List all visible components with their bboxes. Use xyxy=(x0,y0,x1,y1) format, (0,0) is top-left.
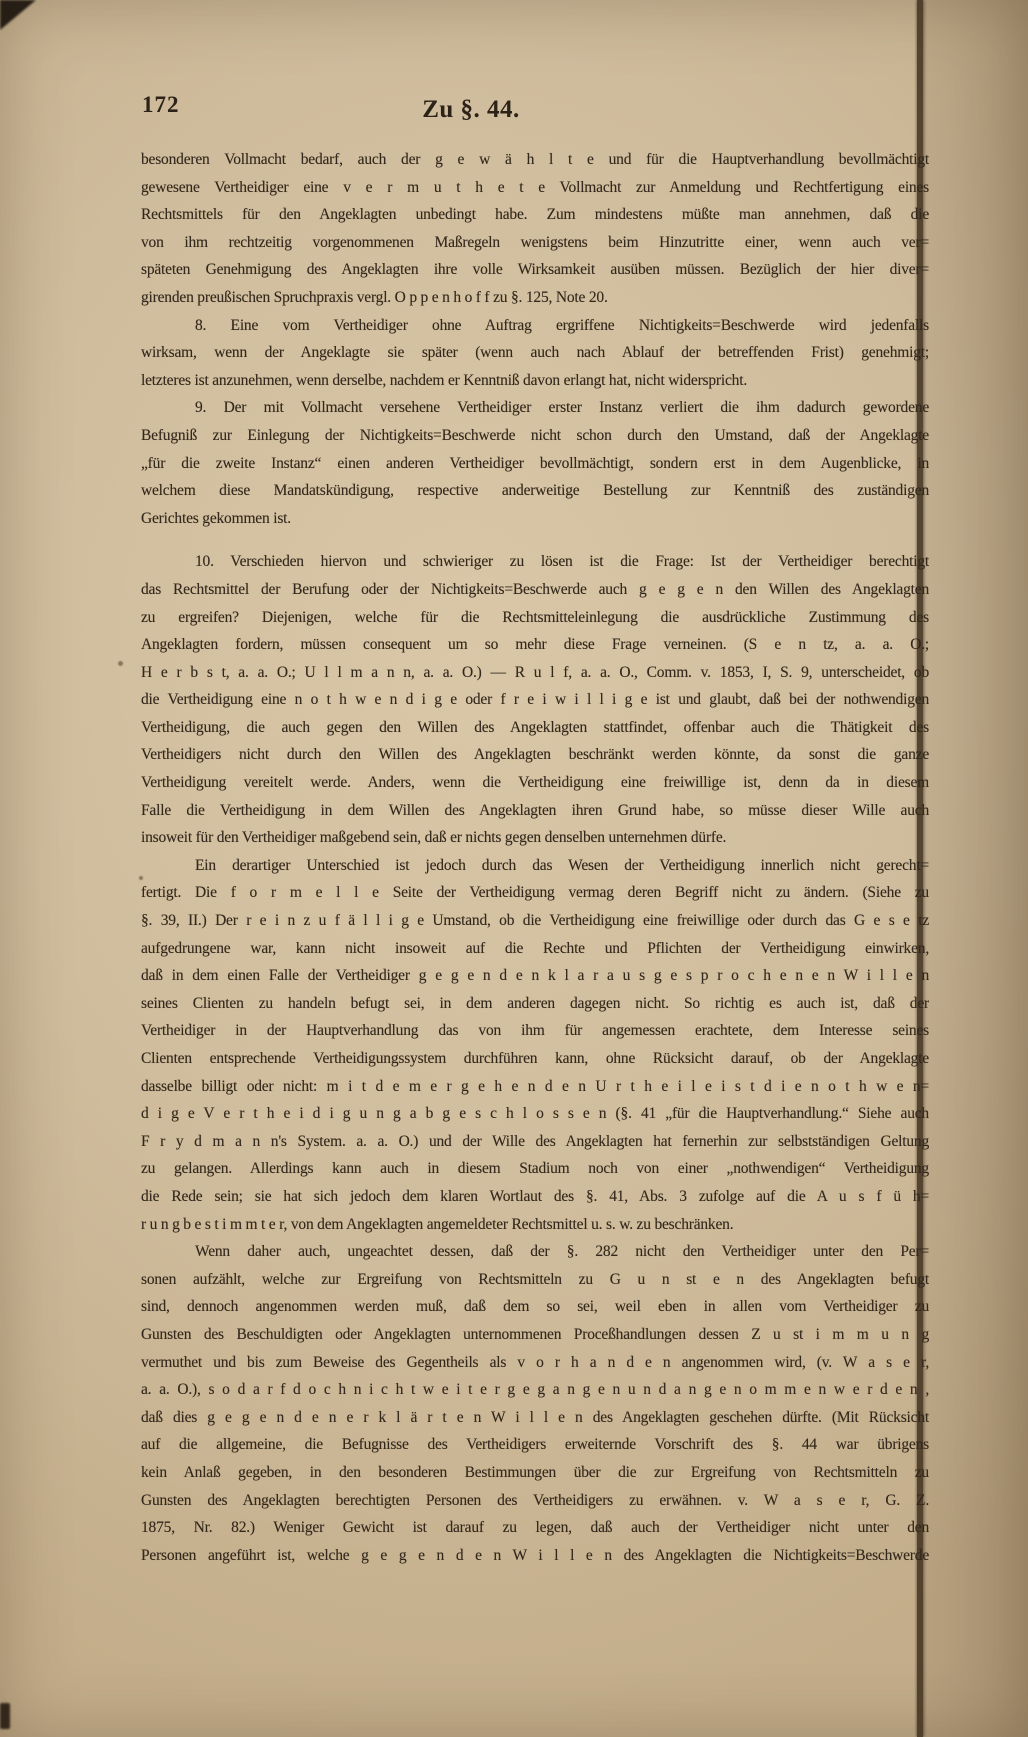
text-line: 10. Verschieden hiervon und schwieriger … xyxy=(141,548,929,576)
text-line: 9. Der mit Vollmacht versehene Vertheidi… xyxy=(141,394,929,422)
text-line: vermuthet und bis zum Beweise des Gegent… xyxy=(141,1349,929,1377)
text-line: 1875, Nr. 82.) Weniger Gewicht ist darau… xyxy=(141,1514,929,1542)
text-line: F r y d m a n n's System. a. a. O.) und … xyxy=(141,1128,929,1156)
text-line: d i g e V e r t h e i d i g u n g a b g … xyxy=(141,1100,929,1128)
paragraph: 10. Verschieden hiervon und schwieriger … xyxy=(141,548,929,852)
text-line: das Rechtsmittel der Berufung oder der N… xyxy=(141,576,929,604)
book-page: 172 Zu §. 44. besonderen Vollmacht bedar… xyxy=(0,0,1028,1737)
text-line: zu ergreifen? Diejenigen, welche für die… xyxy=(141,604,929,632)
text-line: die Vertheidigung eine n o t h w e n d i… xyxy=(141,686,929,714)
corner-stain-bottom-left xyxy=(0,1703,10,1729)
text-line: Vertheidigung vereitelt werde. Anders, w… xyxy=(141,769,929,797)
text-line: dasselbe billigt oder nicht: m i t d e m… xyxy=(141,1073,929,1101)
text-line: Personen angeführt ist, welche g e g e n… xyxy=(141,1542,929,1570)
ink-speck xyxy=(118,661,123,666)
paragraph: besonderen Vollmacht bedarf, auch der g … xyxy=(141,146,929,312)
text-line: daß dies g e g e n d e n e r k l ä r t e… xyxy=(141,1404,929,1432)
text-line: welchem diese Mandatskündigung, respecti… xyxy=(141,477,929,505)
text-line: H e r b s t, a. a. O.; U l l m a n n, a.… xyxy=(141,659,929,687)
text-line: späteten Genehmigung des Angeklagten ihr… xyxy=(141,256,929,284)
text-line: besonderen Vollmacht bedarf, auch der g … xyxy=(141,146,929,174)
text-line: Clienten entsprechende Vertheidigungssys… xyxy=(141,1045,929,1073)
paragraph: 8. Eine vom Vertheidiger ohne Auftrag er… xyxy=(141,312,929,395)
text-line: sonen aufzählt, welche zur Ergreifung vo… xyxy=(141,1266,929,1294)
text-line: Gunsten des Angeklagten berechtigten Per… xyxy=(141,1487,929,1515)
paragraph: 9. Der mit Vollmacht versehene Vertheidi… xyxy=(141,394,929,532)
text-line: letzteres ist anzunehmen, wenn derselbe,… xyxy=(141,367,929,395)
text-line: r u n g b e s t i m m t e r, von dem Ang… xyxy=(141,1211,929,1239)
text-line: Gerichtes gekommen ist. xyxy=(141,505,929,533)
text-line: Vertheidigung, die auch gegen den Willen… xyxy=(141,714,929,742)
text-line: Gunsten des Beschuldigten oder Angeklagt… xyxy=(141,1321,929,1349)
text-line: daß in dem einen Falle der Vertheidiger … xyxy=(141,962,929,990)
text-line: Vertheidiger in der Hauptverhandlung das… xyxy=(141,1017,929,1045)
text-line: wirksam, wenn der Angeklagte sie später … xyxy=(141,339,929,367)
text-line: a. a. O.), s o d a r f d o c h n i c h t… xyxy=(141,1376,929,1404)
text-line: aufgedrungene war, kann nicht insoweit a… xyxy=(141,935,929,963)
section-heading: Zu §. 44. xyxy=(141,96,801,124)
text-line: gewesene Vertheidiger eine v e r m u t h… xyxy=(141,174,929,202)
text-line: §. 39, II.) Der r e i n z u f ä l l i g … xyxy=(141,907,929,935)
text-line: seines Clienten zu handeln befugt sei, i… xyxy=(141,990,929,1018)
text-line: Angeklagten fordern, müssen consequent u… xyxy=(141,631,929,659)
text-block: besonderen Vollmacht bedarf, auch der g … xyxy=(141,146,929,1569)
text-line: Vertheidigers nicht durch den Willen des… xyxy=(141,741,929,769)
text-line: 8. Eine vom Vertheidiger ohne Auftrag er… xyxy=(141,312,929,340)
text-line: von ihm rechtzeitig vorgenommenen Maßreg… xyxy=(141,229,929,257)
paragraph: Ein derartiger Unterschied ist jedoch du… xyxy=(141,852,929,1238)
text-line: Ein derartiger Unterschied ist jedoch du… xyxy=(141,852,929,880)
text-line: Falle die Vertheidigung in dem Willen de… xyxy=(141,797,929,825)
text-line: girenden preußischen Spruchpraxis vergl.… xyxy=(141,284,929,312)
text-line: sind, dennoch angenommen werden muß, daß… xyxy=(141,1293,929,1321)
corner-stain-top-left xyxy=(0,0,36,30)
text-line: Wenn daher auch, ungeachtet dessen, daß … xyxy=(141,1238,929,1266)
text-line: zu gelangen. Allerdings kann auch in die… xyxy=(141,1155,929,1183)
text-line: insoweit für den Vertheidiger maßgebend … xyxy=(141,824,929,852)
text-line: die Rede sein; sie hat sich jedoch dem k… xyxy=(141,1183,929,1211)
page-edge-shadow xyxy=(923,0,1028,1737)
paragraph: Wenn daher auch, ungeachtet dessen, daß … xyxy=(141,1238,929,1569)
text-line: fertigt. Die f o r m e l l e Seite der V… xyxy=(141,879,929,907)
text-line: „für die zweite Instanz“ einen anderen V… xyxy=(141,450,929,478)
text-line: kein Anlaß gegeben, in den besonderen Be… xyxy=(141,1459,929,1487)
text-line: Befugniß zur Einlegung der Nichtigkeits=… xyxy=(141,422,929,450)
text-line: auf die allgemeine, die Befugnisse des V… xyxy=(141,1431,929,1459)
text-line: Rechtsmittels für den Angeklagten unbedi… xyxy=(141,201,929,229)
